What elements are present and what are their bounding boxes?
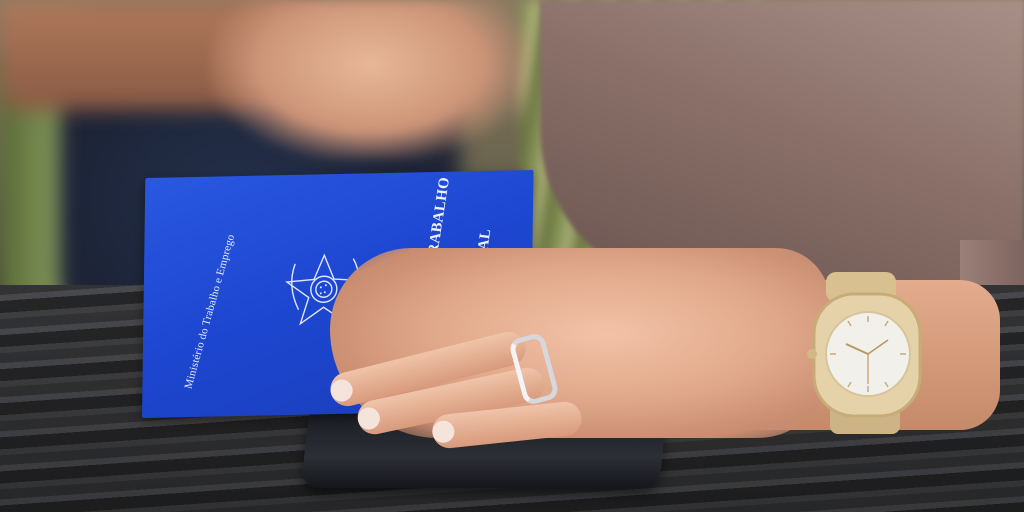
ministry-text: Ministério do Trabalho e Emprego [182, 233, 237, 390]
handshake [210, 0, 530, 160]
gold-wristwatch-icon [806, 272, 924, 434]
fingernail [431, 420, 455, 444]
woman-sleeve [540, 0, 1024, 290]
photo-scene: Ministério do Trabalho e Emprego ...IRA … [0, 0, 1024, 512]
